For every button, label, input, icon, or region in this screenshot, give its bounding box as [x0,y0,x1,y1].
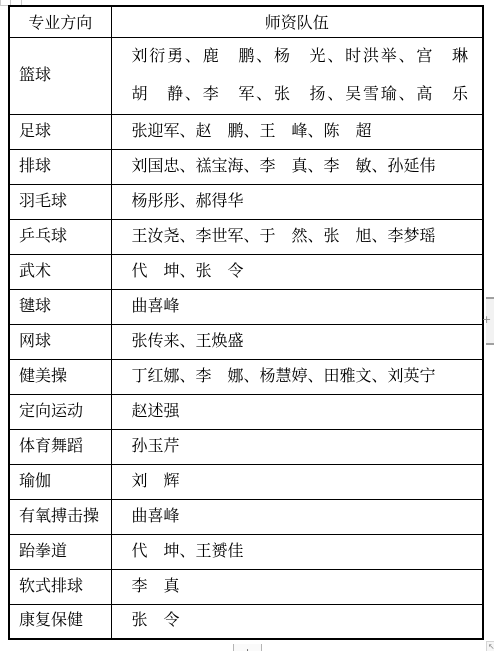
category-cell[interactable]: 健美操 [9,359,111,394]
table-row: 软式排球李 真 [9,569,483,604]
staff-cell[interactable]: 孙玉芹 [111,429,483,464]
staff-cell[interactable]: 丁红娜、李 娜、杨慧婷、田雅文、刘英宁 [111,359,483,394]
staff-cell[interactable]: 王汝尧、李世军、于 然、张 旭、李梦瑶 [111,219,483,254]
table-row: 毽球曲喜峰 [9,289,483,324]
table-row: 瑜伽刘 辉 [9,464,483,499]
plus-icon: + [482,313,491,326]
category-cell[interactable]: 武术 [9,254,111,289]
document-page: { "table": { "headers": ["专业方向", "师资队伍"]… [0,0,494,651]
category-cell[interactable]: 软式排球 [9,569,111,604]
table-row: 有氧搏击操曲喜峰 [9,499,483,534]
category-cell[interactable]: 有氧搏击操 [9,499,111,534]
category-cell[interactable]: 体育舞蹈 [9,429,111,464]
category-cell[interactable]: 篮球 [9,37,111,114]
faculty-table: 专业方向 师资队伍 篮球刘衍勇、鹿 鹏、杨 光、时洪举、宫 琳 胡 静、李 军、… [8,5,484,640]
category-cell[interactable]: 瑜伽 [9,464,111,499]
staff-cell[interactable]: 张 令 [111,604,483,639]
category-cell[interactable]: 康复保健 [9,604,111,639]
table-row: 乒乓球王汝尧、李世军、于 然、张 旭、李梦瑶 [9,219,483,254]
table-row: 网球张传来、王焕盛 [9,324,483,359]
table-row: 武术代 坤、张 令 [9,254,483,289]
staff-cell[interactable]: 曲喜峰 [111,499,483,534]
staff-cell[interactable]: 刘国忠、禚宝海、李 真、李 敏、孙延伟 [111,149,483,184]
staff-cell[interactable]: 刘 辉 [111,464,483,499]
header-cell-major-direction[interactable]: 专业方向 [9,6,111,37]
staff-cell[interactable]: 刘衍勇、鹿 鹏、杨 光、时洪举、宫 琳 胡 静、李 军、张 扬、吴雪瑜、高 乐 [111,37,483,114]
table-resize-handle[interactable]: ↖ [486,641,494,651]
category-cell[interactable]: 网球 [9,324,111,359]
table-row: 排球刘国忠、禚宝海、李 真、李 敏、孙延伟 [9,149,483,184]
header-cell-teaching-staff[interactable]: 师资队伍 [111,6,483,37]
category-cell[interactable]: 排球 [9,149,111,184]
staff-cell[interactable]: 张迎军、赵 鹏、王 峰、陈 超 [111,114,483,149]
staff-cell[interactable]: 代 坤、张 令 [111,254,483,289]
table-row: 定向运动赵述强 [9,394,483,429]
resize-arrow-icon: ↖ [488,642,494,651]
category-cell[interactable]: 乒乓球 [9,219,111,254]
staff-cell[interactable]: 张传来、王焕盛 [111,324,483,359]
table-row: 健美操丁红娜、李 娜、杨慧婷、田雅文、刘英宁 [9,359,483,394]
table-row: 体育舞蹈孙玉芹 [9,429,483,464]
staff-cell[interactable]: 赵述强 [111,394,483,429]
plus-icon: + [242,647,252,651]
table-row: 羽毛球杨彤彤、郝得华 [9,184,483,219]
insert-column-button[interactable]: + [486,297,494,345]
category-cell[interactable]: 羽毛球 [9,184,111,219]
table-row: 康复保健张 令 [9,604,483,639]
table-row: 篮球刘衍勇、鹿 鹏、杨 光、时洪举、宫 琳 胡 静、李 军、张 扬、吴雪瑜、高 … [9,37,483,114]
category-cell[interactable]: 跆拳道 [9,534,111,569]
staff-cell[interactable]: 代 坤、王赟佳 [111,534,483,569]
staff-cell[interactable]: 曲喜峰 [111,289,483,324]
table-row: 足球张迎军、赵 鹏、王 峰、陈 超 [9,114,483,149]
staff-cell[interactable]: 杨彤彤、郝得华 [111,184,483,219]
staff-cell[interactable]: 李 真 [111,569,483,604]
table-row: 跆拳道代 坤、王赟佳 [9,534,483,569]
category-cell[interactable]: 毽球 [9,289,111,324]
category-cell[interactable]: 足球 [9,114,111,149]
category-cell[interactable]: 定向运动 [9,394,111,429]
table-header-row: 专业方向 师资队伍 [9,6,483,37]
insert-row-button[interactable]: + [233,644,262,651]
